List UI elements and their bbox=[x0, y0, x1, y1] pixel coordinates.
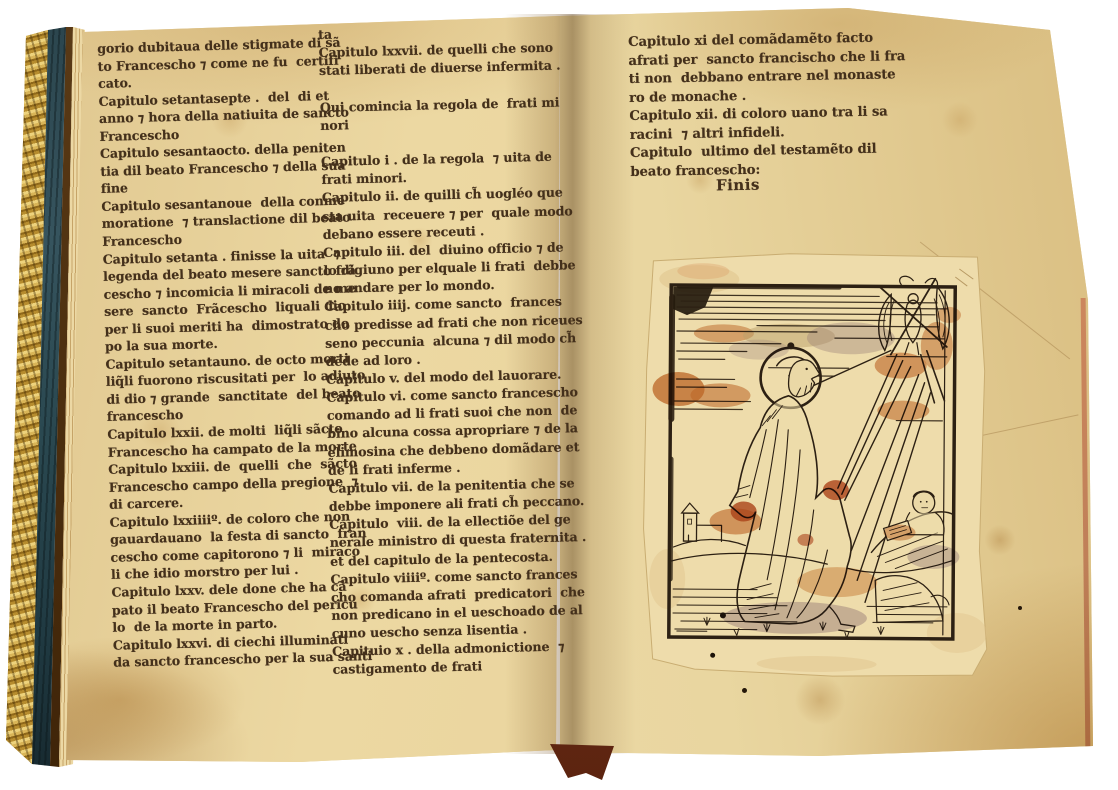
book-photo: gorio dubitaua delle stigmate di sãto Fr… bbox=[0, 0, 1118, 790]
finis-label: Finis bbox=[716, 176, 760, 195]
right-page-column: Capitulo xi del comãdamẽto factoafrati p… bbox=[628, 29, 893, 182]
ink-speck bbox=[720, 612, 726, 618]
fore-edge-tint bbox=[1081, 298, 1091, 750]
stigmata-woodcut bbox=[637, 249, 996, 681]
left-page-column-2: taCapitulo lxxvii. de quelli che sonosta… bbox=[318, 20, 581, 679]
ink-speck bbox=[742, 688, 747, 693]
left-page-column-1: gorio dubitaua delle stigmate di sãto Fr… bbox=[97, 34, 351, 672]
ink-speck bbox=[1018, 606, 1022, 610]
ink-speck bbox=[710, 653, 715, 658]
